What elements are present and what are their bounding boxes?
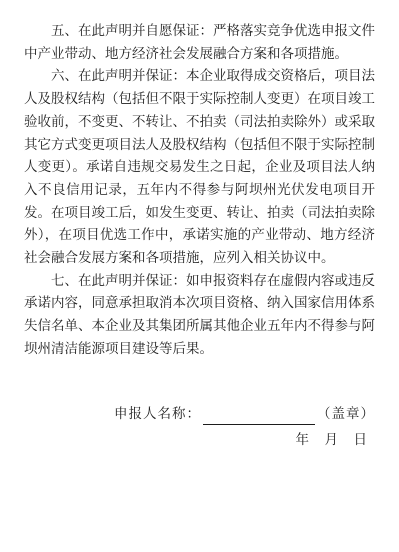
document-body: 五、在此声明并自愿保证：严格落实竞争优选申报文件中产业带动、地方经济社会发展融合… <box>24 20 375 361</box>
applicant-name-blank-line <box>203 409 315 425</box>
signature-row: 申报人名称： （盖章） <box>24 403 375 425</box>
clause-5-paragraph: 五、在此声明并自愿保证：严格落实竞争优选申报文件中产业带动、地方经济社会发展融合… <box>24 20 375 65</box>
signature-block: 申报人名称： （盖章） 年 月 日 <box>24 403 375 451</box>
clause-7-paragraph: 七、在此声明并保证：如申报资料存在虚假内容或违反承诺内容，同意承担取消本次项目资… <box>24 270 375 361</box>
applicant-name-label: 申报人名称： <box>114 403 201 425</box>
clause-6-paragraph: 六、在此声明并保证：本企业取得成交资格后，项目法人及股权结构（包括但不限于实际控… <box>24 65 375 269</box>
document-page: 五、在此声明并自愿保证：严格落实竞争优选申报文件中产业带动、地方经济社会发展融合… <box>0 0 399 552</box>
date-line: 年 月 日 <box>24 429 375 451</box>
seal-note: （盖章） <box>317 403 375 425</box>
